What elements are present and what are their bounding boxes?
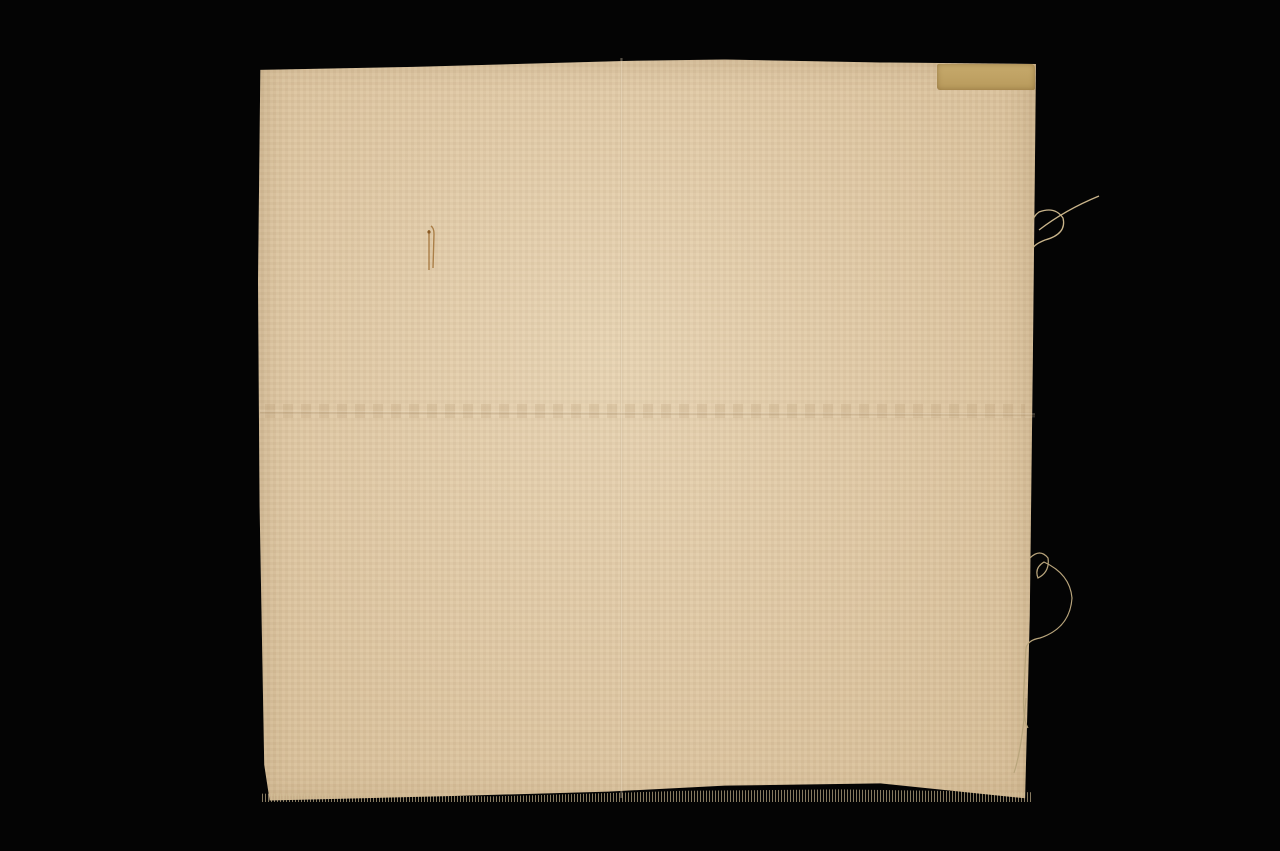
corner-selvedge-tag: [937, 64, 1035, 90]
loose-thread-upper-right-icon: [1025, 190, 1105, 260]
photo-background: [0, 0, 1280, 851]
vertical-fold-crease: [620, 58, 623, 798]
linen-cloth: [258, 58, 1036, 802]
loose-thread-lower-right-icon: [1010, 548, 1080, 778]
rust-stain-mark: [426, 224, 436, 274]
